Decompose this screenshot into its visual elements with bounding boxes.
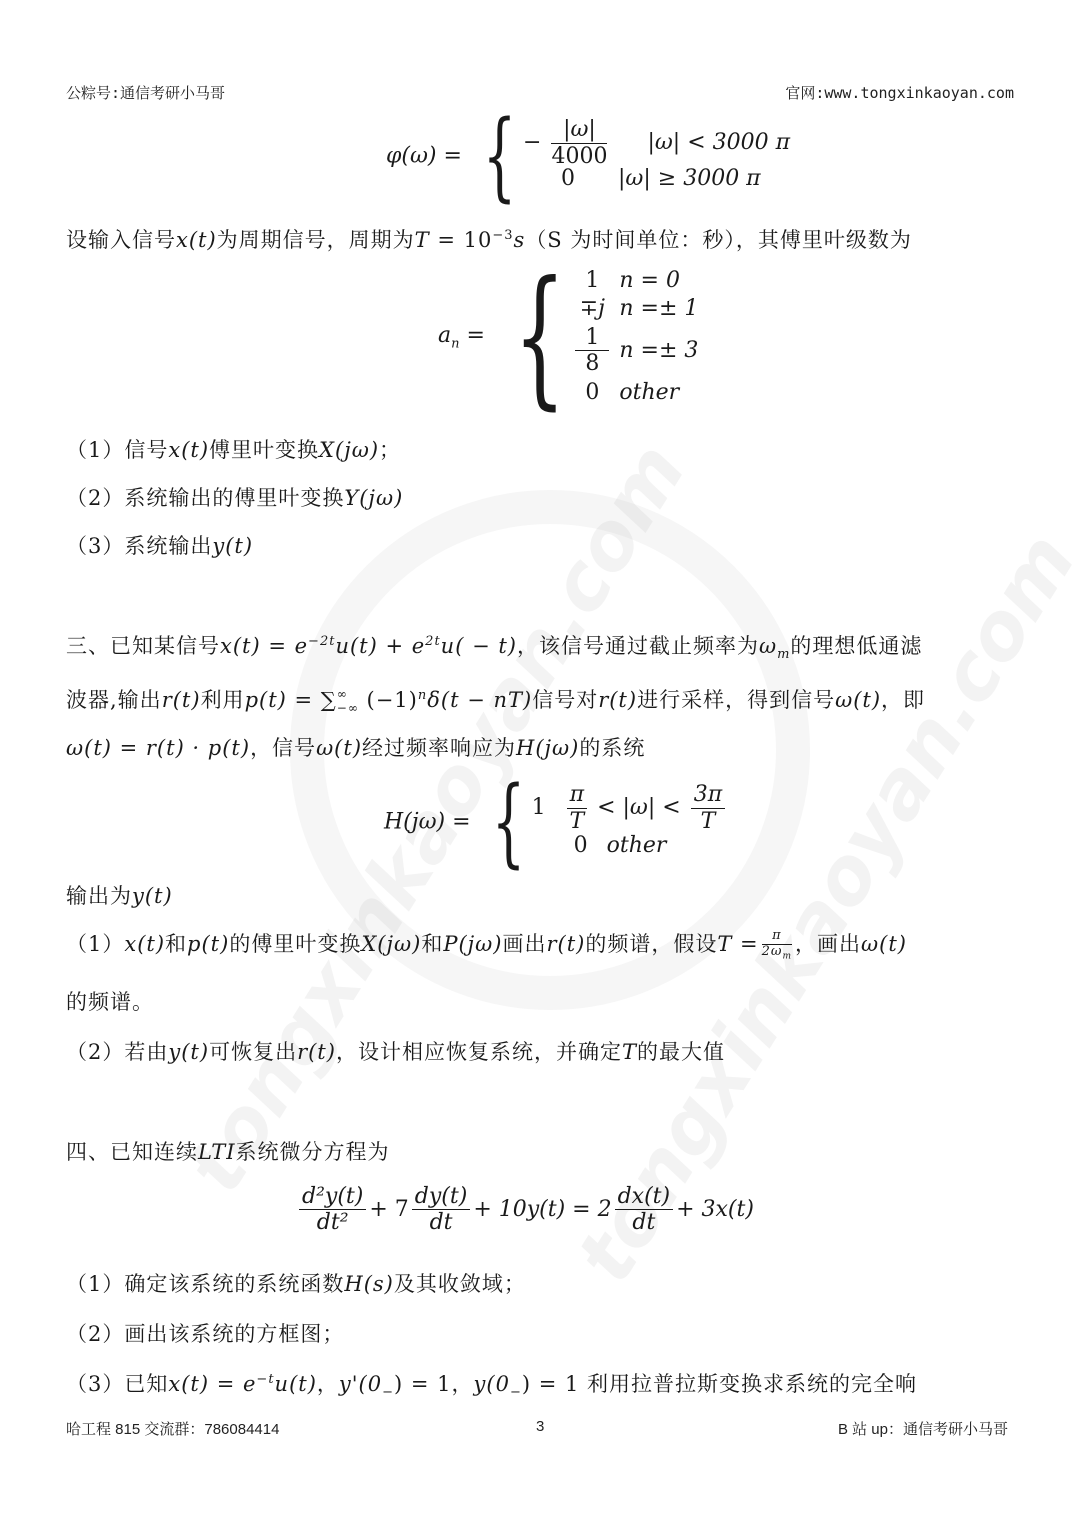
section-3-line-3: ω(t) = r(t) · p(t)，信号ω(t)经过频率响应为H(jω)的系统: [66, 732, 645, 762]
question-4-2: （2）画出该系统的方框图；: [66, 1318, 344, 1348]
phi-equation: φ(ω) = { − |ω|4000 |ω| < 3000 π 0 |ω| ≥ …: [386, 108, 790, 204]
fourier-coefficients-equation: an = { 1 n = 0 ∓j n =± 1 18 n =± 3 0 oth…: [438, 262, 698, 412]
footer-left-group: 哈工程 815 交流群：786084414: [66, 1418, 279, 1439]
question-3-1-continued: 的频谱。: [66, 986, 154, 1016]
question-2-2: （2）系统输出的傅里叶变换Y(jω): [66, 482, 403, 512]
phi-case1-condition: |ω| < 3000 π: [647, 130, 790, 155]
left-brace: {: [491, 774, 525, 870]
section-3-line-1: 三、已知某信号x(t) = e−2tu(t) + e2tu( − t)，该信号通…: [66, 630, 922, 662]
output-statement: 输出为y(t): [66, 880, 173, 910]
differential-equation: d²y(t)dt²+ 7dy(t)dt+ 10y(t) = 2dx(t)dt+ …: [296, 1184, 754, 1236]
page-number: 3: [536, 1418, 544, 1435]
question-4-3: （3）已知x(t) = e−tu(t)，y'(0−) = 1，y(0−) = 1…: [66, 1368, 917, 1400]
section-3-line-2: 波器,输出r(t)利用p(t) = ∑∞−∞ (−1)nδ(t − nT)信号对…: [66, 684, 925, 715]
phi-lhs: φ(ω) =: [386, 144, 462, 169]
phi-case2-condition: |ω| ≥ 3000 π: [618, 166, 761, 191]
frequency-response-equation: H(jω) = { 1 πT < |ω| < 3πT 0 other: [384, 774, 728, 870]
left-brace: {: [483, 108, 517, 204]
question-4-1: （1）确定该系统的系统函数H(s)及其收敛域；: [66, 1268, 526, 1298]
left-brace: {: [513, 262, 565, 412]
header-left: 公粽号:通信考研小马哥: [66, 82, 225, 103]
input-signal-sentence: 设输入信号x(t)为周期信号，周期为T = 10−3s（S 为时间单位：秒），其…: [66, 224, 912, 254]
question-2-3: （3）系统输出y(t): [66, 530, 253, 560]
footer-right-bilibili: B 站 up：通信考研小马哥: [838, 1418, 1008, 1439]
question-3-2: （2）若由y(t)可恢复出r(t)，设计相应恢复系统，并确定T的最大值: [66, 1036, 725, 1066]
header-right-website: 官网:www.tongxinkaoyan.com: [785, 82, 1014, 103]
question-3-1: （1）x(t)和p(t)的傅里叶变换X(jω)和P(jω)画出r(t)的频谱，假…: [66, 928, 907, 962]
question-2-1: （1）信号x(t)傅里叶变换X(jω)；: [66, 434, 401, 464]
section-4-title: 四、已知连续LTI系统微分方程为: [66, 1136, 390, 1166]
